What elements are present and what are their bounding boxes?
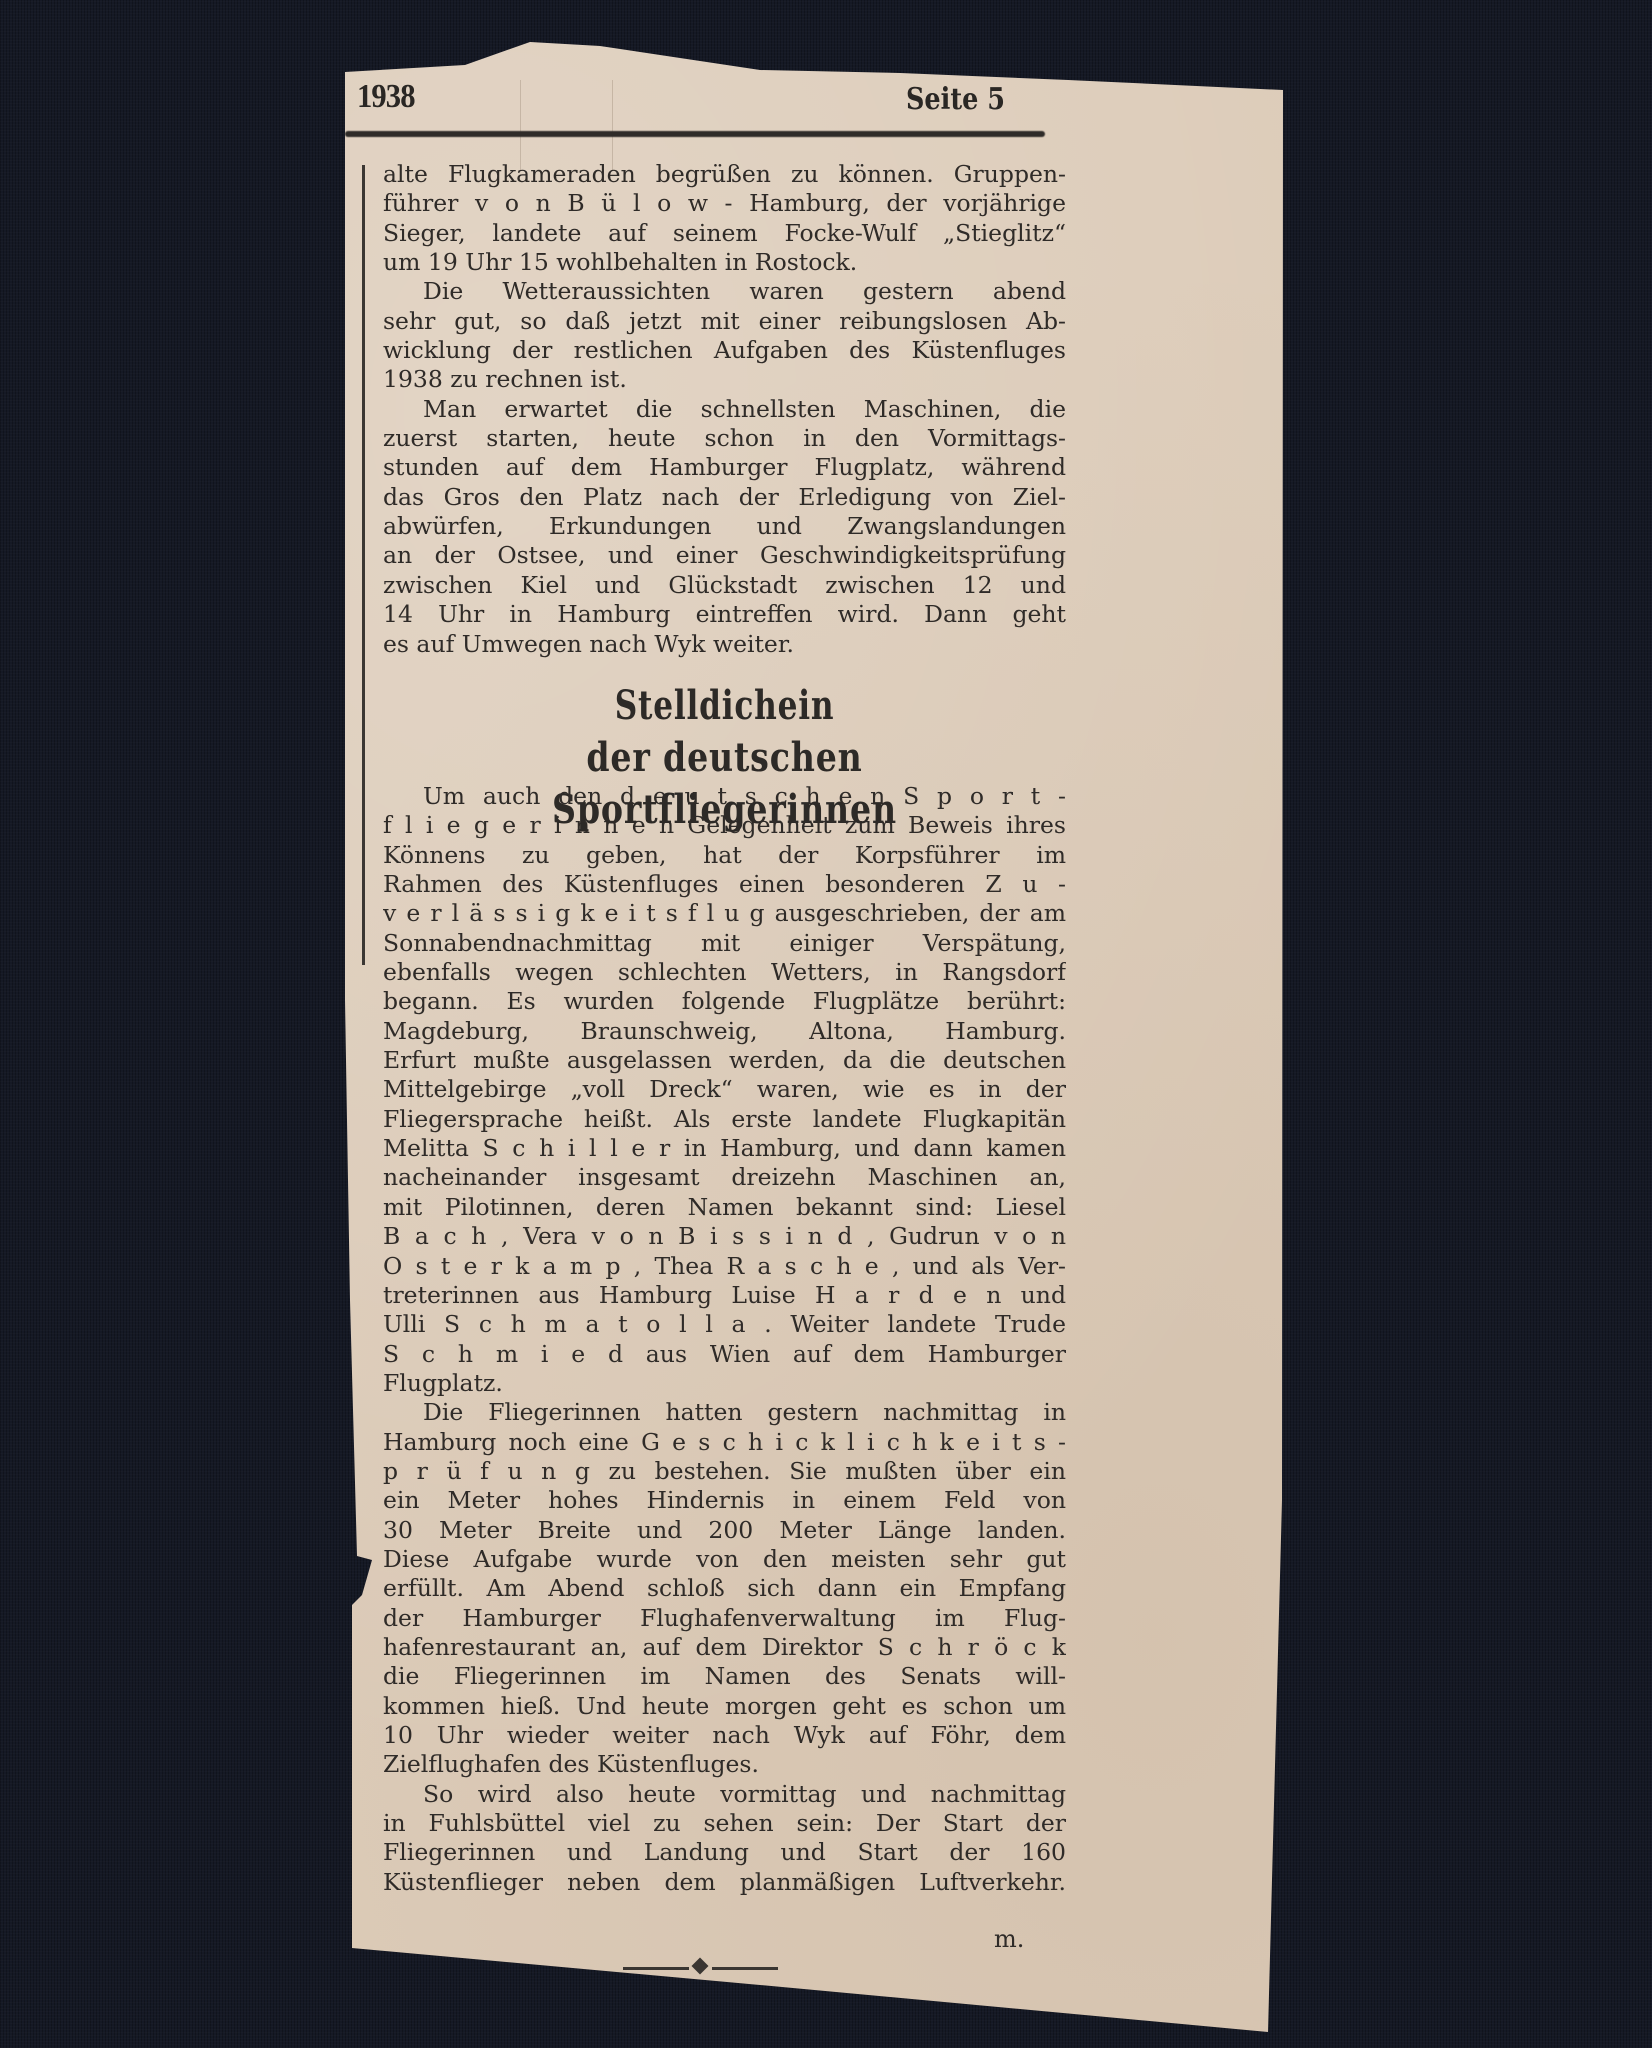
- text-line: zwischen Kiel und Glückstadt zwischen 12…: [383, 571, 1066, 600]
- text-line: f l i e g e r i n n e n Gelegenheit zum …: [383, 811, 1066, 840]
- text-line: Um auch den d e u t s c h e n S p o r t …: [383, 782, 1066, 811]
- text-line: an der Ostsee, und einer Geschwindigkeit…: [383, 541, 1066, 570]
- text-line: abwürfen, Erkundungen und Zwangslandunge…: [383, 512, 1066, 541]
- text-line: Melitta S c h i l l e r in Hamburg, und …: [383, 1134, 1066, 1163]
- text-line: führer v o n B ü l o w - Hamburg, der vo…: [383, 189, 1066, 218]
- text-line: mit Pilotinnen, deren Namen bekannt sind…: [383, 1193, 1066, 1222]
- text-line: der Hamburger Flughafenverwaltung im Flu…: [383, 1604, 1066, 1633]
- text-line: Diese Aufgabe wurde von den meisten sehr…: [383, 1545, 1066, 1574]
- text-line: sehr gut, so daß jetzt mit einer reibung…: [383, 307, 1066, 336]
- text-line: nacheinander insgesamt dreizehn Maschine…: [383, 1163, 1066, 1192]
- page-number: Seite 5: [906, 82, 1005, 117]
- header-rule: [345, 131, 1045, 137]
- text-line: B a c h , Vera v o n B i s s i n d , Gud…: [383, 1222, 1066, 1251]
- text-line: Fliegersprache heißt. Als erste landete …: [383, 1105, 1066, 1134]
- text-line: 14 Uhr in Hamburg eintreffen wird. Dann …: [383, 600, 1066, 629]
- text-line: S c h m i e d aus Wien auf dem Hamburger: [383, 1340, 1066, 1369]
- text-line: um 19 Uhr 15 wohlbehalten in Rostock.: [383, 248, 1066, 277]
- article-body: Um auch den d e u t s c h e n S p o r t …: [383, 782, 1066, 1897]
- text-line: O s t e r k a m p , Thea R a s c h e , u…: [383, 1252, 1066, 1281]
- text-line: stunden auf dem Hamburger Flugplatz, wäh…: [383, 453, 1066, 482]
- text-line: v e r l ä s s i g k e i t s f l u g ausg…: [383, 899, 1066, 928]
- text-line: Fliegerinnen und Landung und Start der 1…: [383, 1838, 1066, 1867]
- text-line: ein Meter hohes Hindernis in einem Feld …: [383, 1486, 1066, 1515]
- text-line: zuerst starten, heute schon in den Vormi…: [383, 424, 1066, 453]
- text-line: Magdeburg, Braunschweig, Altona, Hamburg…: [383, 1017, 1066, 1046]
- text-line: 1938 zu rechnen ist.: [383, 365, 1066, 394]
- article-continuation: alte Flugkameraden begrüßen zu können. G…: [383, 160, 1066, 659]
- text-line: Sonnabendnachmittag mit einiger Verspätu…: [383, 929, 1066, 958]
- text-line: p r ü f u n g zu bestehen. Sie mußten üb…: [383, 1457, 1066, 1486]
- text-line: Könnens zu geben, hat der Korpsführer im: [383, 841, 1066, 870]
- text-line: alte Flugkameraden begrüßen zu können. G…: [383, 160, 1066, 189]
- text-line: Man erwartet die schnellsten Maschinen, …: [383, 395, 1066, 424]
- text-line: Mittelgebirge „voll Dreck“ waren, wie es…: [383, 1075, 1066, 1104]
- text-line: Die Fliegerinnen hatten gestern nachmitt…: [383, 1398, 1066, 1427]
- text-line: Zielflughafen des Küstenfluges.: [383, 1750, 1066, 1779]
- column-rule: [362, 165, 365, 965]
- text-line: in Fuhlsbüttel viel zu sehen sein: Der S…: [383, 1809, 1066, 1838]
- ornament-line: [623, 1967, 689, 1970]
- text-line: Rahmen des Küstenfluges einen besonderen…: [383, 870, 1066, 899]
- text-line: kommen hieß. Und heute morgen geht es sc…: [383, 1692, 1066, 1721]
- text-line: Erfurt mußte ausgelassen werden, da die …: [383, 1046, 1066, 1075]
- text-line: Flugplatz.: [383, 1369, 1066, 1398]
- text-line: 30 Meter Breite und 200 Meter Länge land…: [383, 1516, 1066, 1545]
- text-line: ebenfalls wegen schlechten Wetters, in R…: [383, 958, 1066, 987]
- text-line: wicklung der restlichen Aufgaben des Küs…: [383, 336, 1066, 365]
- text-line: das Gros den Platz nach der Erledigung v…: [383, 483, 1066, 512]
- text-line: Die Wetteraussichten waren gestern abend: [383, 277, 1066, 306]
- issue-year: 1938: [357, 78, 415, 116]
- text-line: begann. Es wurden folgende Flugplätze be…: [383, 987, 1066, 1016]
- diamond-ornament-icon: [692, 1958, 709, 1975]
- text-line: Sieger, landete auf seinem Focke-Wulf „S…: [383, 219, 1066, 248]
- ornament-line: [712, 1967, 778, 1970]
- text-line: Ulli S c h m a t o l l a . Weiter landet…: [383, 1310, 1066, 1339]
- text-line: So wird also heute vormittag und nachmit…: [383, 1780, 1066, 1809]
- fold-crease: [520, 80, 521, 170]
- text-line: 10 Uhr wieder weiter nach Wyk auf Föhr, …: [383, 1721, 1066, 1750]
- text-line: hafenrestaurant an, auf dem Direktor S c…: [383, 1633, 1066, 1662]
- headline-line-1: Stelldichein: [458, 680, 991, 732]
- end-ornament: [623, 1960, 778, 1976]
- text-line: Küstenflieger neben dem planmäßigen Luft…: [383, 1868, 1066, 1897]
- text-line: treterinnen aus Hamburg Luise H a r d e …: [383, 1281, 1066, 1310]
- text-line: es auf Umwegen nach Wyk weiter.: [383, 630, 1066, 659]
- fold-crease: [612, 80, 613, 170]
- author-signature: m.: [994, 1925, 1024, 1953]
- text-line: Hamburg noch eine G e s c h i c k l i c …: [383, 1428, 1066, 1457]
- text-line: die Fliegerinnen im Namen des Senats wil…: [383, 1662, 1066, 1691]
- text-line: erfüllt. Am Abend schloß sich dann ein E…: [383, 1574, 1066, 1603]
